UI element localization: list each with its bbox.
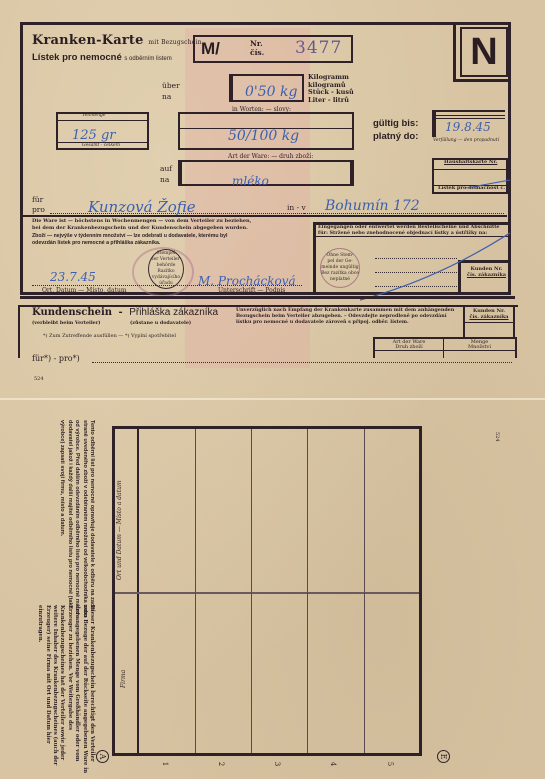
column-divider xyxy=(251,429,252,753)
back-instructions-de: Dieser Krankenbezugschein berechtigt den… xyxy=(36,605,95,775)
card-bottom-border xyxy=(20,296,515,299)
over-label: überna xyxy=(162,80,180,102)
circle-marker-a: A xyxy=(96,750,109,763)
card-title-de: Kranken-Karte mit Bezugschein xyxy=(32,33,202,48)
kundenschein-sub-cz: (zůstane u dodavatele) xyxy=(130,320,191,326)
row-divider xyxy=(115,592,419,594)
handwritten-valid-date: 19.8.45 xyxy=(445,120,491,134)
column-divider xyxy=(364,429,365,753)
divider xyxy=(23,215,507,217)
circle-marker-e: E xyxy=(437,750,450,763)
print-code: 524 xyxy=(34,376,44,382)
kundenschein-instructions: Unverzüglich nach Empfang der Krankenkar… xyxy=(236,307,462,325)
column-divider xyxy=(195,429,196,753)
validity-label: gültig bis:platný do: xyxy=(373,117,418,143)
goods-label: Art der Ware: — druh zboží: xyxy=(228,153,313,160)
household-header: Haushaltskarte Nr. xyxy=(444,159,497,165)
column-number: 1 xyxy=(161,762,169,766)
handwritten-strike-line xyxy=(355,228,515,303)
kundenschein-sub-de: (verbleibt beim Verteiler) xyxy=(32,320,101,326)
recipient-label: fürpro xyxy=(32,195,45,215)
kundenschein-footnote: *) Zum Zutreffende ausfüllen — *) Vyplní… xyxy=(43,333,176,339)
kundenschein-title: Kundenschein - Přihláška zákazníka xyxy=(32,307,218,318)
notice-cz: Zboží — nejvýše v týdenním množství — lz… xyxy=(32,233,252,246)
goods-qty-table: Art der Ware Druh zboží Menge Množství xyxy=(373,337,517,358)
handwritten-tick xyxy=(466,170,511,190)
card-number-value: 3477 xyxy=(295,38,342,58)
category-box: N xyxy=(453,24,511,82)
in-label: in - v xyxy=(287,203,306,212)
weighing-bottom-label: Gesamt - celkem xyxy=(82,143,120,148)
header-column-divider xyxy=(137,429,139,753)
column-number: 4 xyxy=(329,762,337,766)
handwritten-amount: 0'50 kg xyxy=(245,84,297,100)
endorsement-table xyxy=(112,426,422,756)
validity-sublabel: Verfällung — den propadnutí xyxy=(433,138,499,143)
category-letter: N xyxy=(460,27,508,77)
back-instructions-cz: Tento odběrní list pro nemocné opravňuje… xyxy=(58,420,95,620)
row-header-firm: Firma xyxy=(120,670,127,688)
kundenschein-for-line xyxy=(92,362,512,363)
signature-label: Unterschrift — Podpis xyxy=(218,287,285,294)
weighing-top-label: Teilmenge xyxy=(82,113,106,118)
column-number: 5 xyxy=(386,762,394,766)
column-number: 3 xyxy=(273,762,281,766)
series-letter: M/ xyxy=(201,39,220,59)
column-number: 2 xyxy=(217,762,225,766)
number-label: Nr.čís. xyxy=(250,39,264,57)
handwritten-weight: 125 gr xyxy=(72,128,115,143)
notice-de: Die Ware ist — höchstens in Wochenmengen… xyxy=(32,218,252,231)
handwritten-signature: M. Prochácková xyxy=(198,274,296,288)
card-number-box: M/ Nr.čís. 3477 xyxy=(193,35,353,63)
back-print-code: 524 xyxy=(494,432,500,442)
handwritten-recipient-name: Kunzová Žofie xyxy=(88,198,196,216)
goods-auf-label: aufna xyxy=(160,163,172,185)
municipal-stamp-placeholder: Ohne Stem- pel der Ge- meinde ungültig B… xyxy=(320,248,360,288)
place-date-label: Ort, Datum — Místo, datum xyxy=(42,287,127,294)
handwritten-ratio: 50/100 kg xyxy=(228,128,299,144)
column-divider xyxy=(307,429,308,753)
handwritten-goods: mléko xyxy=(232,174,269,188)
handwritten-issue-date: 23.7.45 xyxy=(50,270,96,284)
card-title-cz: Lístek pro nemocné s odběrním listem xyxy=(32,52,172,63)
kundenschein-customer-no-box: Kunden Nr. čís. zákazníka xyxy=(463,305,515,337)
fold-line xyxy=(0,398,545,400)
handwritten-recipient-place: Bohumín 172 xyxy=(325,198,420,214)
units-list: Kilogramm kilogramů Stück - kusů Liter -… xyxy=(308,74,354,104)
row-header-place-date: Ort und Datum — Místo a datum xyxy=(116,480,123,580)
kundenschein-for-label: für*) - pro*) xyxy=(32,354,80,363)
issuer-stamp: Stempel der Verteiler- behörde Razítko v… xyxy=(148,249,184,289)
